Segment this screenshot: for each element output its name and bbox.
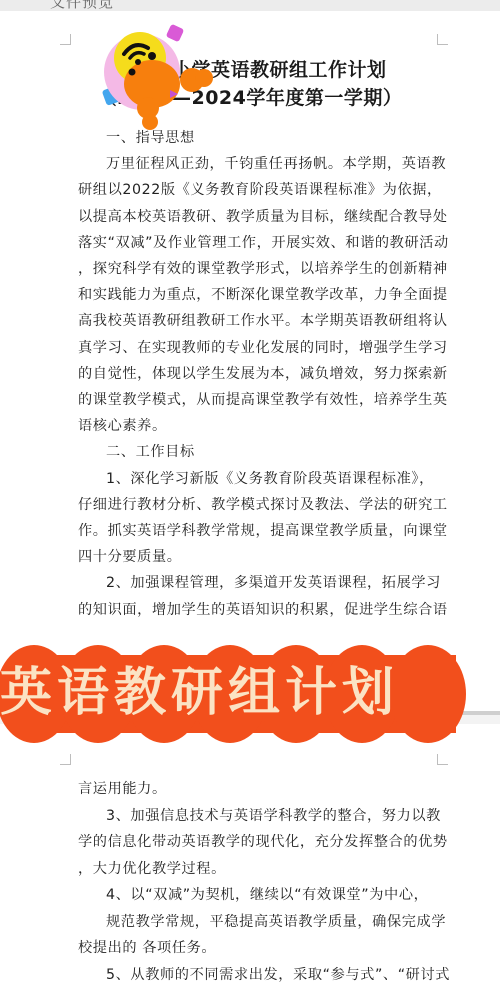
text-line: 语核心素养。 bbox=[78, 417, 440, 435]
topbar-title: 文件预览 bbox=[50, 0, 114, 11]
text-line: 的课堂教学模式，从而提高课堂教学有效性，培养学生英 bbox=[78, 391, 440, 409]
margin-corner-top-left bbox=[60, 754, 71, 765]
text-line: 作。抓实英语学科教学常规，提高课堂教学质量，向课堂 bbox=[78, 522, 440, 540]
text-line: 言运用能力。 bbox=[78, 780, 440, 798]
text-line: 4、以“双减”为契机，继续以“有效课堂”为中心， bbox=[106, 886, 440, 904]
text-line: 落实“双减”及作业管理工作，开展实效、和谐的教研活动 bbox=[78, 234, 440, 252]
margin-corner-top-left bbox=[60, 34, 71, 45]
text-line: 高我校英语教研组教研工作水平。本学期英语教研组将认 bbox=[78, 312, 440, 330]
preview-topbar: 文件预览 bbox=[0, 0, 500, 11]
text-line: 5、从教师的不同需求出发，采取“参与式”、“研讨式 bbox=[106, 966, 440, 984]
text-line: 规范教学常规，平稳提高英语教学质量，确保完成学 bbox=[106, 913, 440, 931]
document-page-1[interactable]: 镇中心小学英语教研组工作计划 （2023—2024学年度第一学期） 一、指导思想… bbox=[0, 11, 500, 711]
margin-corner-top-right bbox=[437, 34, 448, 45]
banner-title: 英语教研组计划 bbox=[0, 659, 470, 727]
mascot-sticker-icon bbox=[100, 22, 215, 130]
text-line: 仔细进行教材分析、教学模式探讨及教法、学法的研究工 bbox=[78, 496, 440, 514]
text-line: 1、深化学习新版《义务教育阶段英语课程标准》， bbox=[106, 470, 440, 488]
text-line: 和实践能力为重点，不断深化课堂教学改革，力争全面提 bbox=[78, 286, 440, 304]
document-title: 镇中心小学英语教研组工作计划 bbox=[0, 55, 500, 82]
text-line: 二、工作目标 bbox=[106, 443, 440, 461]
document-subtitle: （2023—2024学年度第一学期） bbox=[0, 83, 500, 110]
text-line: 学的信息化带动英语教学的现代化，充分发挥整合的优势 bbox=[78, 833, 440, 851]
text-line: 以提高本校英语教研、教学质量为目标，继续配合教导处 bbox=[78, 208, 440, 226]
text-line: 的知识面，增加学生的英语知识的积累，促进学生综合语 bbox=[78, 601, 440, 619]
text-line: 一、指导思想 bbox=[106, 129, 440, 147]
text-line: 校提出的 各项任务。 bbox=[78, 939, 440, 957]
text-line: 2、加强课程管理，多渠道开发英语课程，拓展学习 bbox=[106, 574, 440, 592]
text-line: ，探究科学有效的课堂教学形式，以培养学生的创新精神 bbox=[78, 260, 440, 278]
document-page-2[interactable]: 言运用能力。3、加强信息技术与英语学科教学的整合，努力以教学的信息化带动英语教学… bbox=[0, 724, 500, 990]
text-line: 3、加强信息技术与英语学科教学的整合，努力以教 bbox=[106, 807, 440, 825]
text-line: 万里征程风正劲，千钧重任再扬帆。本学期，英语教 bbox=[106, 155, 440, 173]
overlay-banner: 英语教研组计划 bbox=[0, 645, 474, 743]
text-line: ，大力优化教学过程。 bbox=[78, 860, 440, 878]
text-line: 的自觉性，体现以学生发展为本，减负增效，努力探索新 bbox=[78, 365, 440, 383]
margin-corner-top-right bbox=[437, 754, 448, 765]
text-line: 研组以2022版《义务教育阶段英语课程标准》为依据， bbox=[78, 181, 440, 199]
text-line: 真学习、在实现教师的专业化发展的同时，增强学生学习 bbox=[78, 339, 440, 357]
text-line: 四十分要质量。 bbox=[78, 548, 440, 566]
